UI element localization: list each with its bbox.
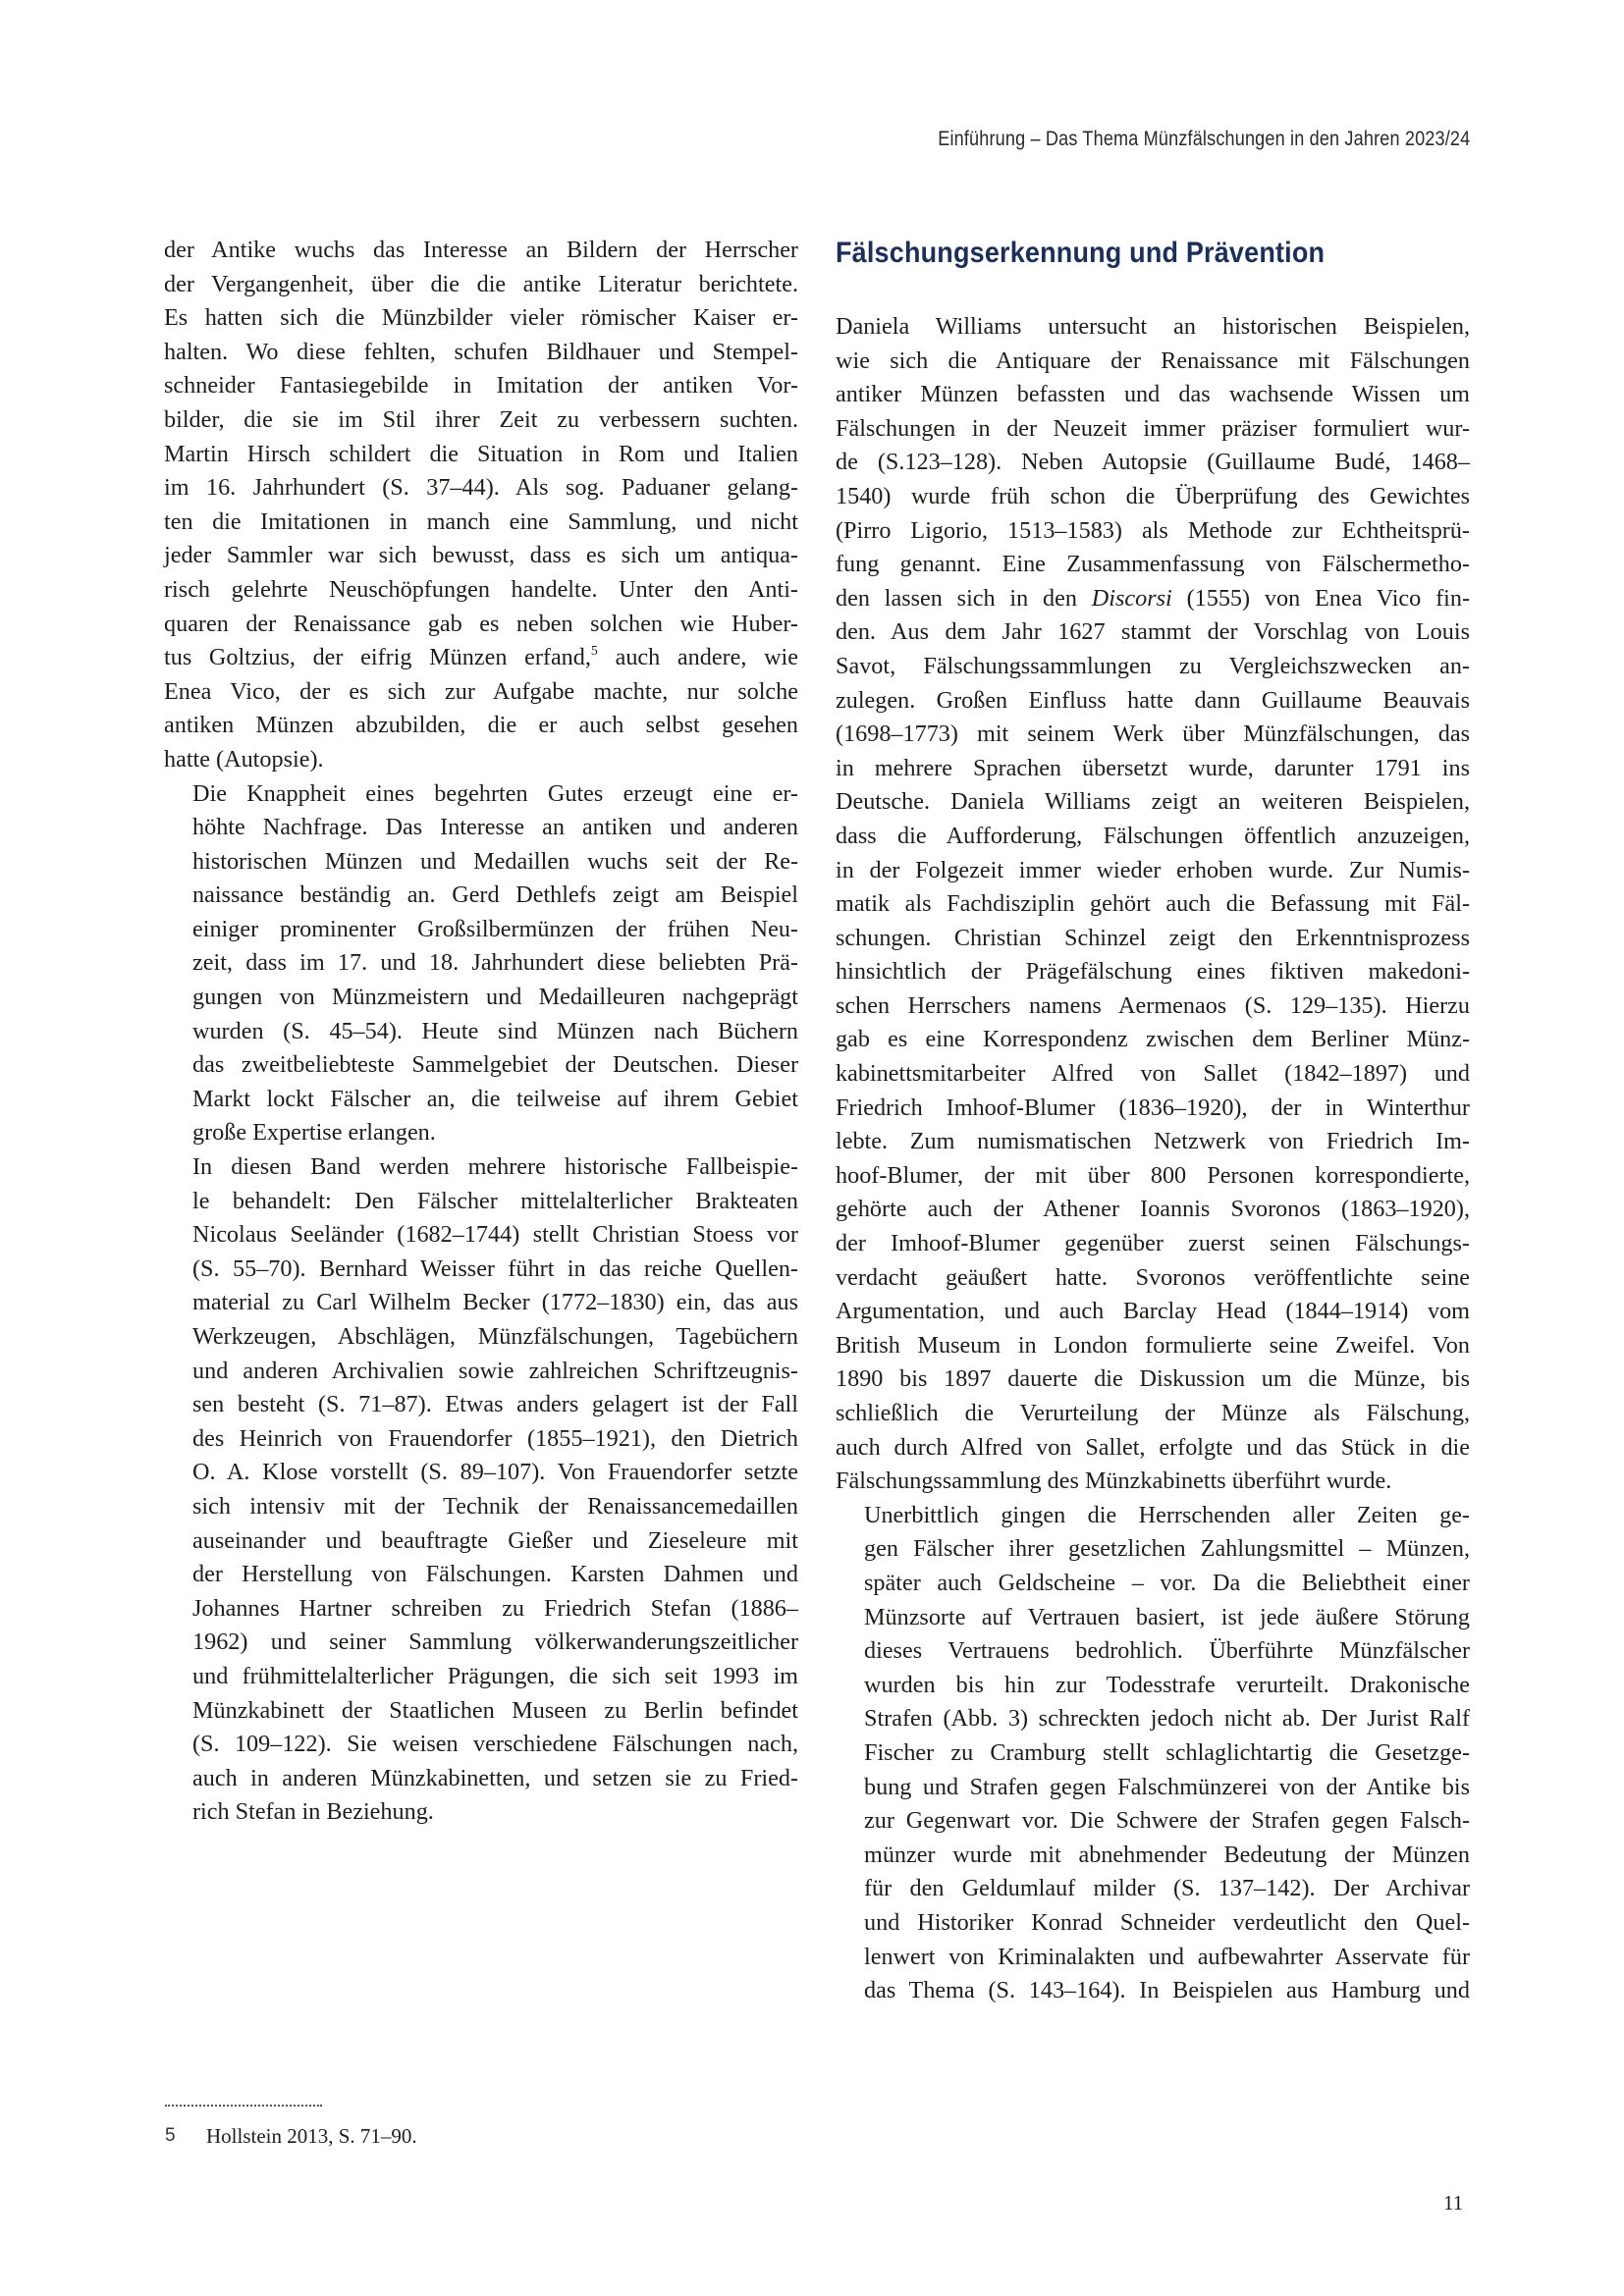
body-paragraph: der Antike wuchs das Interesse an Bilder… [164,234,798,777]
text-line: den lassen sich in den Discorsi (1555) v… [836,582,1470,616]
text-line: dieses Vertrauens bedrohlich. Überführte… [836,1634,1470,1669]
text-line: Strafen (Abb. 3) schreckten jedoch nicht… [836,1702,1470,1736]
text-line: Johannes Hartner schreiben zu Friedrich … [164,1592,798,1627]
text-line: (S. 109–122). Sie weisen verschiedene Fä… [164,1728,798,1762]
text-line: einiger prominenter Großsilbermünzen der… [164,913,798,947]
text-line: kabinettsmitarbeiter Alfred von Sallet (… [836,1057,1470,1092]
text-line: das zweitbeliebteste Sammelgebiet der De… [164,1048,798,1083]
footnote: 5 Hollstein 2013, S. 71–90. [165,2122,417,2150]
text-line: le behandelt: Den Fälscher mittelalterli… [164,1185,798,1219]
text-line: gab es eine Korrespondenz zwischen dem B… [836,1023,1470,1057]
text-line: bilder, die sie im Stil ihrer Zeit zu ve… [164,403,798,438]
footnote-text: Hollstein 2013, S. 71–90. [206,2122,417,2150]
text-line: auch in anderen Münzkabinetten, und setz… [164,1762,798,1796]
text-line: wurden bis hin zur Todesstrafe verurteil… [836,1669,1470,1703]
text-line: hinsichtlich der Prägefälschung eines fi… [836,955,1470,989]
text-line: tus Goltzius, der eifrig Münzen erfand,5… [164,641,798,675]
text-line: den. Aus dem Jahr 1627 stammt der Vorsch… [836,615,1470,650]
text-line: sen besteht (S. 71–87). Etwas anders gel… [164,1388,798,1422]
text-line: in der Folgezeit immer wieder erhoben wu… [836,854,1470,888]
text-line: ten die Imitationen in manch eine Sammlu… [164,506,798,540]
text-line: der Herstellung von Fälschungen. Karsten… [164,1558,798,1592]
text-line: schneider Fantasiegebilde in Imitation d… [164,369,798,403]
text-line: schungen. Christian Schinzel zeigt den E… [836,922,1470,956]
text-line: der Antike wuchs das Interesse an Bilder… [164,234,798,268]
text-line: Fälschungen in der Neuzeit immer präzise… [836,412,1470,447]
text-line: wurden (S. 45–54). Heute sind Münzen nac… [164,1015,798,1049]
text-line: schen Herrschers namens Aermenaos (S. 12… [836,989,1470,1024]
footnote-reference[interactable]: 5 [591,644,598,659]
text-line: naissance beständig an. Gerd Dethlefs ze… [164,879,798,913]
text-line: Enea Vico, der es sich zur Aufgabe macht… [164,675,798,710]
body-paragraph: Daniela Williams untersucht an historisc… [836,310,1470,1499]
text-line: verdacht geäußert hatte. Svoronos veröff… [836,1261,1470,1296]
left-column: der Antike wuchs das Interesse an Bilder… [164,234,798,1830]
body-paragraph: In diesen Band werden mehrere historisch… [164,1150,798,1830]
text-line: fung genannt. Eine Zusammenfassung von F… [836,548,1470,582]
text-line: hatte (Autopsie). [164,743,798,777]
footnote-divider [165,2105,322,2107]
text-line: zeit, dass im 17. und 18. Jahrhundert di… [164,946,798,981]
text-line: das Thema (S. 143–164). In Beispielen au… [836,1974,1470,2008]
text-line: im 16. Jahrhundert (S. 37–44). Als sog. … [164,471,798,506]
text-line: höhte Nachfrage. Das Interesse an antike… [164,811,798,845]
text-line: auseinander und beauftragte Gießer und Z… [164,1524,798,1559]
text-line: zur Gegenwart vor. Die Schwere der Straf… [836,1804,1470,1839]
text-line: antiker Münzen befassten und das wachsen… [836,378,1470,412]
text-line: jeder Sammler war sich bewusst, dass es … [164,539,798,573]
text-line: später auch Geldscheine – vor. Da die Be… [836,1567,1470,1601]
text-line: zulegen. Großen Einfluss hatte dann Guil… [836,684,1470,719]
text-line: auch durch Alfred von Sallet, erfolgte u… [836,1431,1470,1466]
text-line: rich Stefan in Beziehung. [164,1795,798,1830]
text-line: Argumentation, und auch Barclay Head (18… [836,1295,1470,1329]
text-line: (Pirro Ligorio, 1513–1583) als Methode z… [836,514,1470,549]
text-line: O. A. Klose vorstellt (S. 89–107). Von F… [164,1456,798,1490]
text-line: antiken Münzen abzubilden, die er auch s… [164,709,798,743]
text-line: Nicolaus Seeländer (1682–1744) stellt Ch… [164,1218,798,1253]
text-line: des Heinrich von Frauendorfer (1855–1921… [164,1422,798,1457]
right-column-body: Daniela Williams untersucht an historisc… [836,310,1470,2008]
text-line: gen Fälscher ihrer gesetzlichen Zahlungs… [836,1532,1470,1567]
text-line: bung und Strafen gegen Falschmünzerei vo… [836,1771,1470,1805]
right-column: Fälschungserkennung und Prävention Danie… [836,234,1470,2008]
text-line: halten. Wo diese fehlten, schufen Bildha… [164,336,798,370]
text-line: 1540) wurde früh schon die Überprüfung d… [836,480,1470,514]
italic-title: Discorsi [1092,585,1172,612]
text-line: Werkzeugen, Abschlägen, Münzfälschungen,… [164,1320,798,1355]
text-line: münzer wurde mit abnehmender Bedeutung d… [836,1839,1470,1873]
text-line: Deutsche. Daniela Williams zeigt an weit… [836,785,1470,820]
text-line: Münzsorte auf Vertrauen basiert, ist jed… [836,1601,1470,1635]
text-line: historischen Münzen und Medaillen wuchs … [164,845,798,880]
text-line: material zu Carl Wilhelm Becker (1772–18… [164,1286,798,1320]
text-line: für den Geldumlauf milder (S. 137–142). … [836,1872,1470,1906]
text-line: Unerbittlich gingen die Herrschenden all… [836,1499,1470,1533]
text-line: wie sich die Antiquare der Renaissance m… [836,345,1470,379]
text-line: Markt lockt Fälscher an, die teilweise a… [164,1083,798,1117]
text-line: (1698–1773) mit seinem Werk über Münzfäl… [836,718,1470,752]
text-line: quaren der Renaissance gab es neben solc… [164,608,798,642]
text-line: In diesen Band werden mehrere historisch… [164,1150,798,1185]
text-line: de (S.123–128). Neben Autopsie (Guillaum… [836,446,1470,480]
text-line: schließlich die Verurteilung der Münze a… [836,1397,1470,1431]
text-line: in mehrere Sprachen übersetzt wurde, dar… [836,752,1470,786]
text-line: Es hatten sich die Münzbilder vieler röm… [164,301,798,336]
text-line: gehörte auch der Athener Ioannis Svorono… [836,1193,1470,1227]
text-line: Fälschungssammlung des Münzkabinetts übe… [836,1465,1470,1499]
text-line: Münzkabinett der Staatlichen Museen zu B… [164,1694,798,1729]
text-line: lebte. Zum numismatischen Netzwerk von F… [836,1125,1470,1159]
text-line: British Museum in London formulierte sei… [836,1329,1470,1363]
footnote-number: 5 [165,2122,206,2150]
text-line: Daniela Williams untersucht an historisc… [836,310,1470,345]
section-heading: Fälschungserkennung und Prävention [836,234,1406,273]
text-line: hoof-Blumer, der mit über 800 Personen k… [836,1159,1470,1194]
text-line: 1890 bis 1897 dauerte die Diskussion um … [836,1362,1470,1397]
text-line: gungen von Münzmeistern und Medailleuren… [164,981,798,1015]
text-line: 1962) und seiner Sammlung völkerwanderun… [164,1626,798,1660]
body-paragraph: Die Knappheit eines begehrten Gutes erze… [164,777,798,1151]
text-line: Friedrich Imhoof-Blumer (1836–1920), der… [836,1092,1470,1126]
text-line: Fischer zu Cramburg stellt schlaglichtar… [836,1736,1470,1771]
text-line: und frühmittelalterlicher Prägungen, die… [164,1660,798,1694]
text-line: der Imhoof-Blumer gegenüber zuerst seine… [836,1227,1470,1261]
text-line: matik als Fachdisziplin gehört auch die … [836,887,1470,922]
text-line: und Historiker Konrad Schneider verdeutl… [836,1906,1470,1941]
text-line: (S. 55–70). Bernhard Weisser führt in da… [164,1253,798,1287]
text-line: der Vergangenheit, über die die antike L… [164,268,798,302]
page-number: 11 [1443,2191,1463,2216]
text-line: Martin Hirsch schildert die Situation in… [164,438,798,472]
text-line: lenwert von Kriminalakten und aufbewahrt… [836,1941,1470,1975]
running-header: Einführung – Das Thema Münzfälschungen i… [938,128,1470,151]
text-line: risch gelehrte Neuschöpfungen handelte. … [164,573,798,608]
text-line: und anderen Archivalien sowie zahlreiche… [164,1355,798,1389]
text-line: Die Knappheit eines begehrten Gutes erze… [164,777,798,812]
text-line: sich intensiv mit der Technik der Renais… [164,1490,798,1524]
text-line: Savot, Fälschungssammlungen zu Vergleich… [836,650,1470,684]
body-paragraph: Unerbittlich gingen die Herrschenden all… [836,1499,1470,2008]
text-line: große Expertise erlangen. [164,1116,798,1150]
text-line: dass die Aufforderung, Fälschungen öffen… [836,820,1470,854]
